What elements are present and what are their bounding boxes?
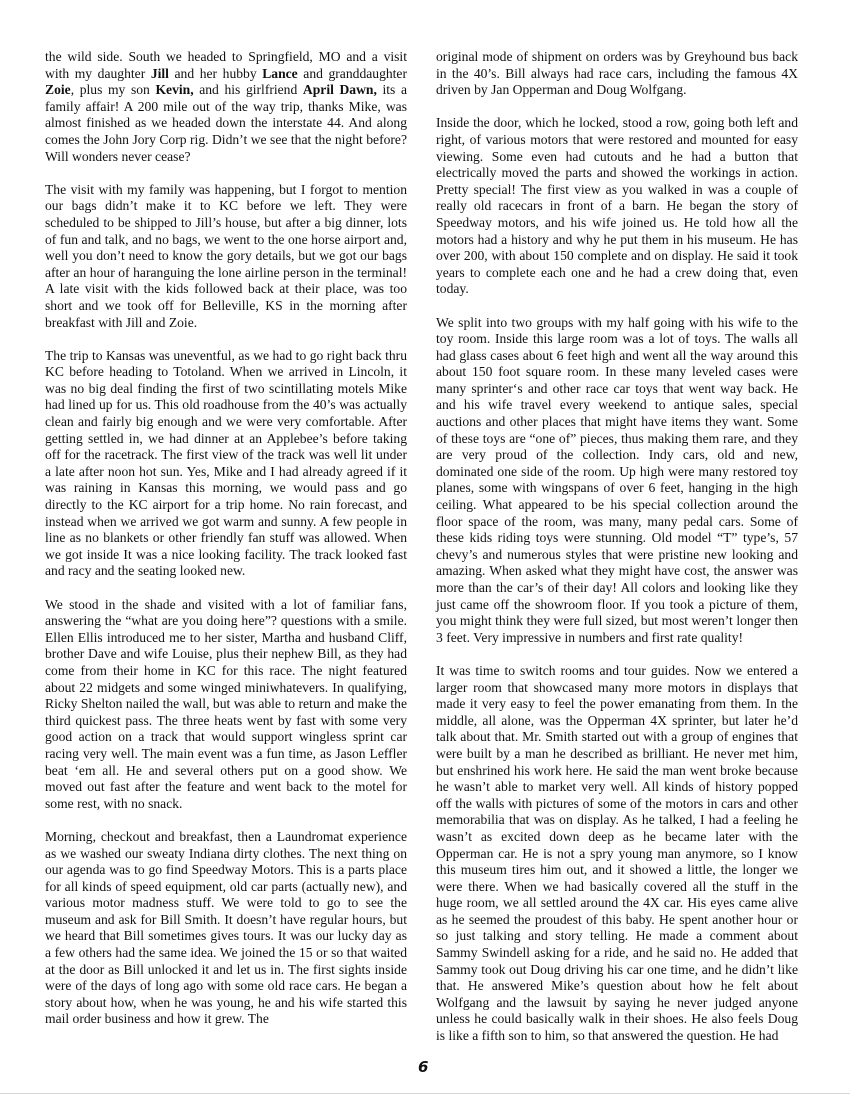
paragraph-opperman-room: It was time to switch rooms and tour gui… <box>436 663 798 1045</box>
paragraph-toy-room: We split into two groups with my half go… <box>436 315 798 647</box>
text-segment: and his girlfriend <box>194 82 303 97</box>
name-zoie: Zoie <box>45 82 71 97</box>
text-segment: and granddaughter <box>298 66 407 81</box>
paragraph-motor-row: Inside the door, which he locked, stood … <box>436 115 798 298</box>
name-jill: Jill <box>151 66 169 81</box>
left-column: the wild side. South we headed to Spring… <box>45 49 407 1045</box>
paragraph-family-visit: the wild side. South we headed to Spring… <box>45 49 407 165</box>
name-lance: Lance <box>262 66 298 81</box>
name-kevin: Kevin, <box>155 82 193 97</box>
paragraph-shipment-history: original mode of shipment on orders was … <box>436 49 798 99</box>
paragraph-race-night: We stood in the shade and visited with a… <box>45 597 407 813</box>
page-number: 6 <box>418 1058 428 1076</box>
text-segment: and her hubby <box>169 66 262 81</box>
text-segment: , plus my son <box>71 82 156 97</box>
paragraph-lost-bags: The visit with my family was happening, … <box>45 182 407 331</box>
paragraph-trip-to-kansas: The trip to Kansas was uneventful, as we… <box>45 348 407 580</box>
right-column: original mode of shipment on orders was … <box>436 49 798 1061</box>
name-april-dawn: April Dawn, <box>303 82 377 97</box>
paragraph-speedway-motors: Morning, checkout and breakfast, then a … <box>45 829 407 1028</box>
page-bottom-edge <box>0 1093 850 1094</box>
